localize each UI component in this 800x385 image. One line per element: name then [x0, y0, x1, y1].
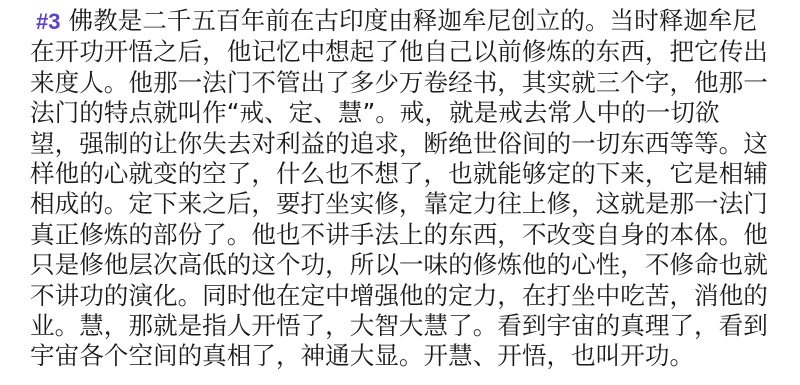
text-line-7: 相成的。定下来之后，要打坐实修，靠定力往上修，这就是那一法门 — [30, 189, 775, 219]
text-line-12: 宇宙各个空间的真相了，神通大显。开慧、开悟，也叫开功。 — [30, 341, 775, 371]
text-line-4: 法门的特点就叫作“戒、定、慧”。戒，就是戒去常人中的一切欲 — [30, 98, 775, 128]
text-line-1: #3佛教是二千五百年前在古印度由释迦牟尼创立的。当时释迦牟尼 — [30, 6, 775, 37]
text-line-10: 不讲功的演化。同时他在定中增强他的定力，在打坐中吃苦，消他的 — [30, 281, 775, 311]
paragraph-3: #3佛教是二千五百年前在古印度由释迦牟尼创立的。当时释迦牟尼 在开功开悟之后，他… — [30, 6, 775, 372]
text-line-9: 只是修他层次高低的这个功，所以一味的修炼他的心性，不修命也就 — [30, 250, 775, 280]
text-line-5: 望，强制的让你失去对利益的追求，断绝世俗间的一切东西等等。这 — [30, 129, 775, 159]
line-text: 佛教是二千五百年前在古印度由释迦牟尼创立的。当时释迦牟尼 — [68, 6, 757, 35]
text-line-11: 业。慧，那就是指人开悟了，大智大慧了。看到宇宙的真理了，看到 — [30, 311, 775, 341]
text-line-2: 在开功开悟之后，他记忆中想起了他自己以前修炼的东西，把它传出 — [30, 37, 775, 67]
text-line-8: 真正修炼的部份了。他也不讲手法上的东西，不改变自身的本体。他 — [30, 220, 775, 250]
text-line-3: 来度人。他那一法门不管出了多少万卷经书，其实就三个字，他那一 — [30, 68, 775, 98]
text-line-6: 样他的心就变的空了，什么也不想了，也就能够定的下来，它是相辅 — [30, 159, 775, 189]
paragraph-number: #3 — [36, 9, 60, 34]
